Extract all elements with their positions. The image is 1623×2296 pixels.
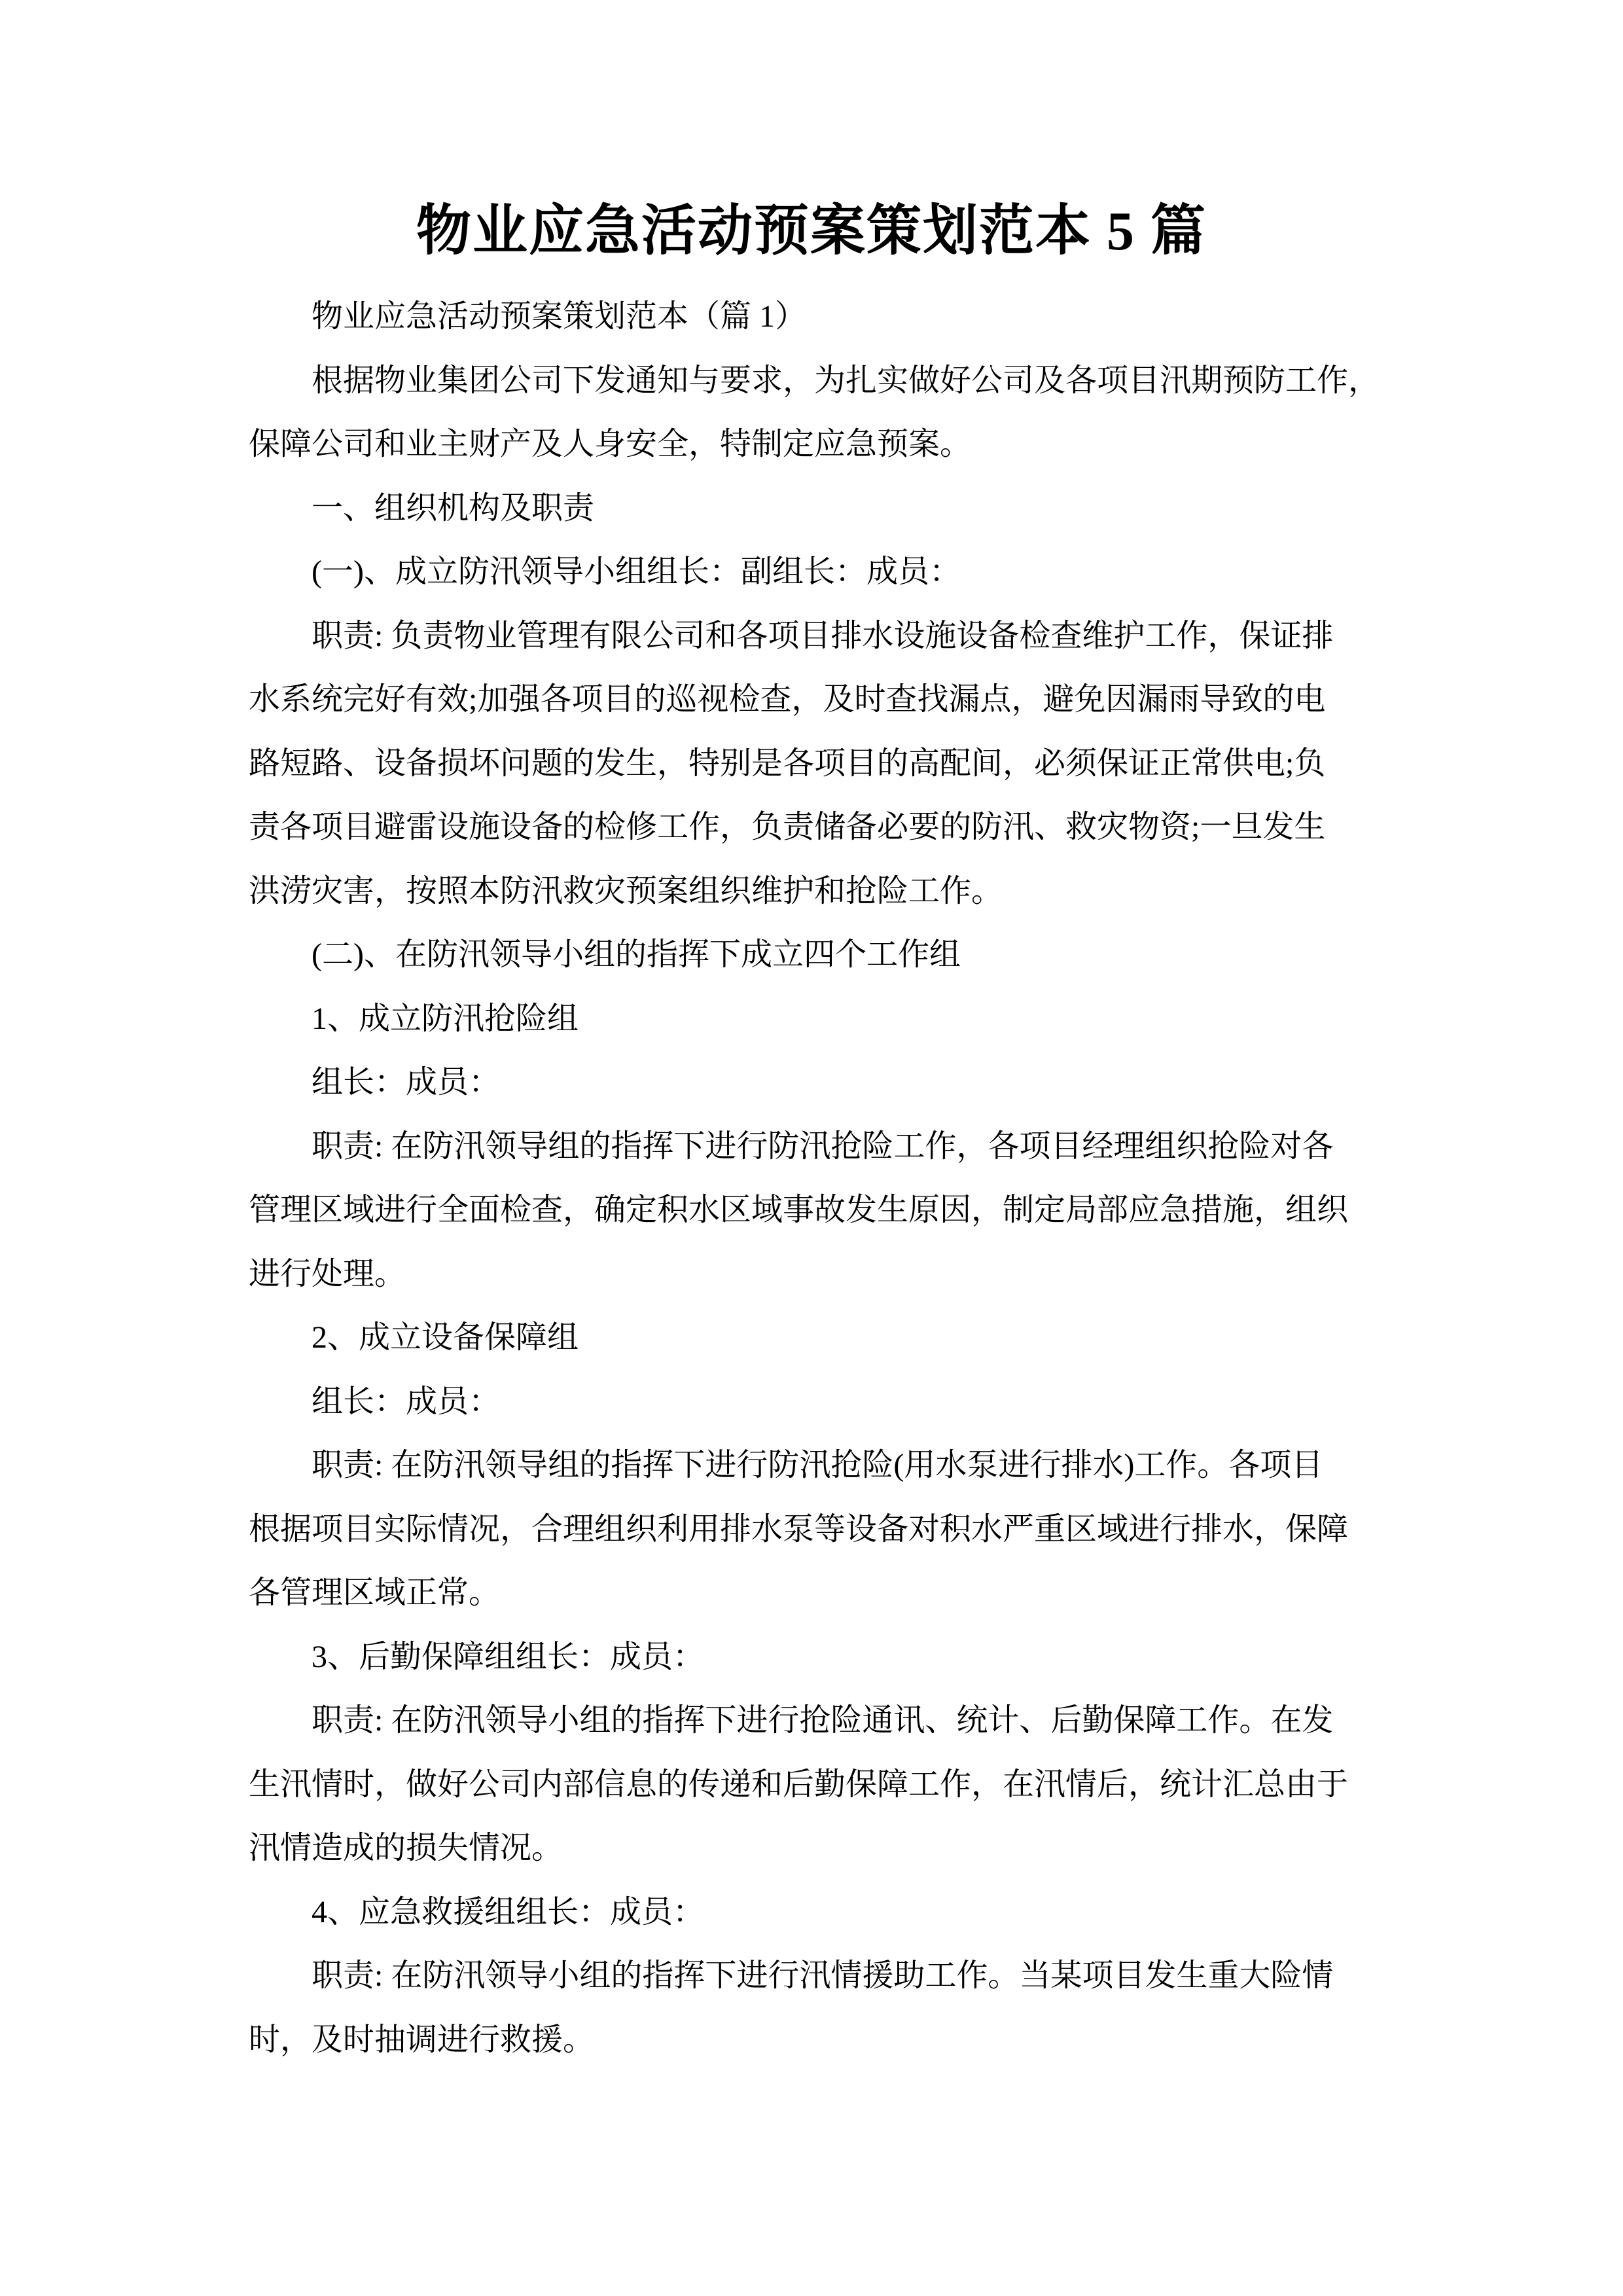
document-line: 时，及时抽调进行救援。 <box>249 2008 1378 2072</box>
document-body: 物业应急活动预案策划范本（篇 1）根据物业集团公司下发通知与要求，为扎实做好公司… <box>249 285 1378 2072</box>
document-line: 一、组织机构及职责 <box>249 476 1378 541</box>
document-line: 根据项目实际情况，合理组织利用排水泵等设备对积水严重区域进行排水，保障 <box>249 1498 1378 1562</box>
document-line: 洪涝灾害，按照本防汛救灾预案组织维护和抢险工作。 <box>249 859 1378 924</box>
document-line: 职责: 在防汛领导组的指挥下进行防汛抢险(用水泵进行排水)工作。各项目 <box>249 1433 1378 1498</box>
document-line: 3、后勤保障组组长：成员： <box>249 1625 1378 1689</box>
document-line: (二)、在防汛领导小组的指挥下成立四个工作组 <box>249 923 1378 987</box>
document-line: 管理区域进行全面检查，确定积水区域事故发生原因，制定局部应急措施，组织 <box>249 1178 1378 1242</box>
document-line: 各管理区域正常。 <box>249 1561 1378 1625</box>
document-line: 2、成立设备保障组 <box>249 1306 1378 1370</box>
document-line: 生汛情时，做好公司内部信息的传递和后勤保障工作，在汛情后，统计汇总由于 <box>249 1753 1378 1817</box>
document-line: 保障公司和业主财产及人身安全，特制定应急预案。 <box>249 412 1378 476</box>
document-line: (一)、成立防汛领导小组组长：副组长：成员： <box>249 540 1378 604</box>
document-line: 职责: 负责物业管理有限公司和各项目排水设施设备检查维护工作，保证排 <box>249 604 1378 668</box>
document-line: 水系统完好有效;加强各项目的巡视检查，及时查找漏点，避免因漏雨导致的电 <box>249 668 1378 732</box>
document-line: 路短路、设备损坏问题的发生，特别是各项目的高配间，必须保证正常供电;负 <box>249 732 1378 796</box>
document-page: 物业应急活动预案策划范本 5 篇 物业应急活动预案策划范本（篇 1）根据物业集团… <box>0 0 1623 2296</box>
document-line: 物业应急活动预案策划范本（篇 1） <box>249 285 1378 349</box>
document-line: 责各项目避雷设施设备的检修工作，负责储备必要的防汛、救灾物资;一旦发生 <box>249 795 1378 859</box>
document-line: 进行处理。 <box>249 1242 1378 1306</box>
document-line: 4、应急救援组组长：成员： <box>249 1880 1378 1945</box>
document-title: 物业应急活动预案策划范本 5 篇 <box>0 195 1623 268</box>
document-line: 1、成立防汛抢险组 <box>249 987 1378 1051</box>
document-line: 汛情造成的损失情况。 <box>249 1816 1378 1880</box>
document-line: 职责: 在防汛领导小组的指挥下进行汛情援助工作。当某项目发生重大险情 <box>249 1944 1378 2008</box>
document-line: 根据物业集团公司下发通知与要求，为扎实做好公司及各项目汛期预防工作， <box>249 349 1378 413</box>
document-line: 职责: 在防汛领导组的指挥下进行防汛抢险工作，各项目经理组织抢险对各 <box>249 1115 1378 1179</box>
document-line: 职责: 在防汛领导小组的指挥下进行抢险通讯、统计、后勤保障工作。在发 <box>249 1689 1378 1753</box>
document-line: 组长：成员： <box>249 1050 1378 1115</box>
document-line: 组长：成员： <box>249 1370 1378 1434</box>
